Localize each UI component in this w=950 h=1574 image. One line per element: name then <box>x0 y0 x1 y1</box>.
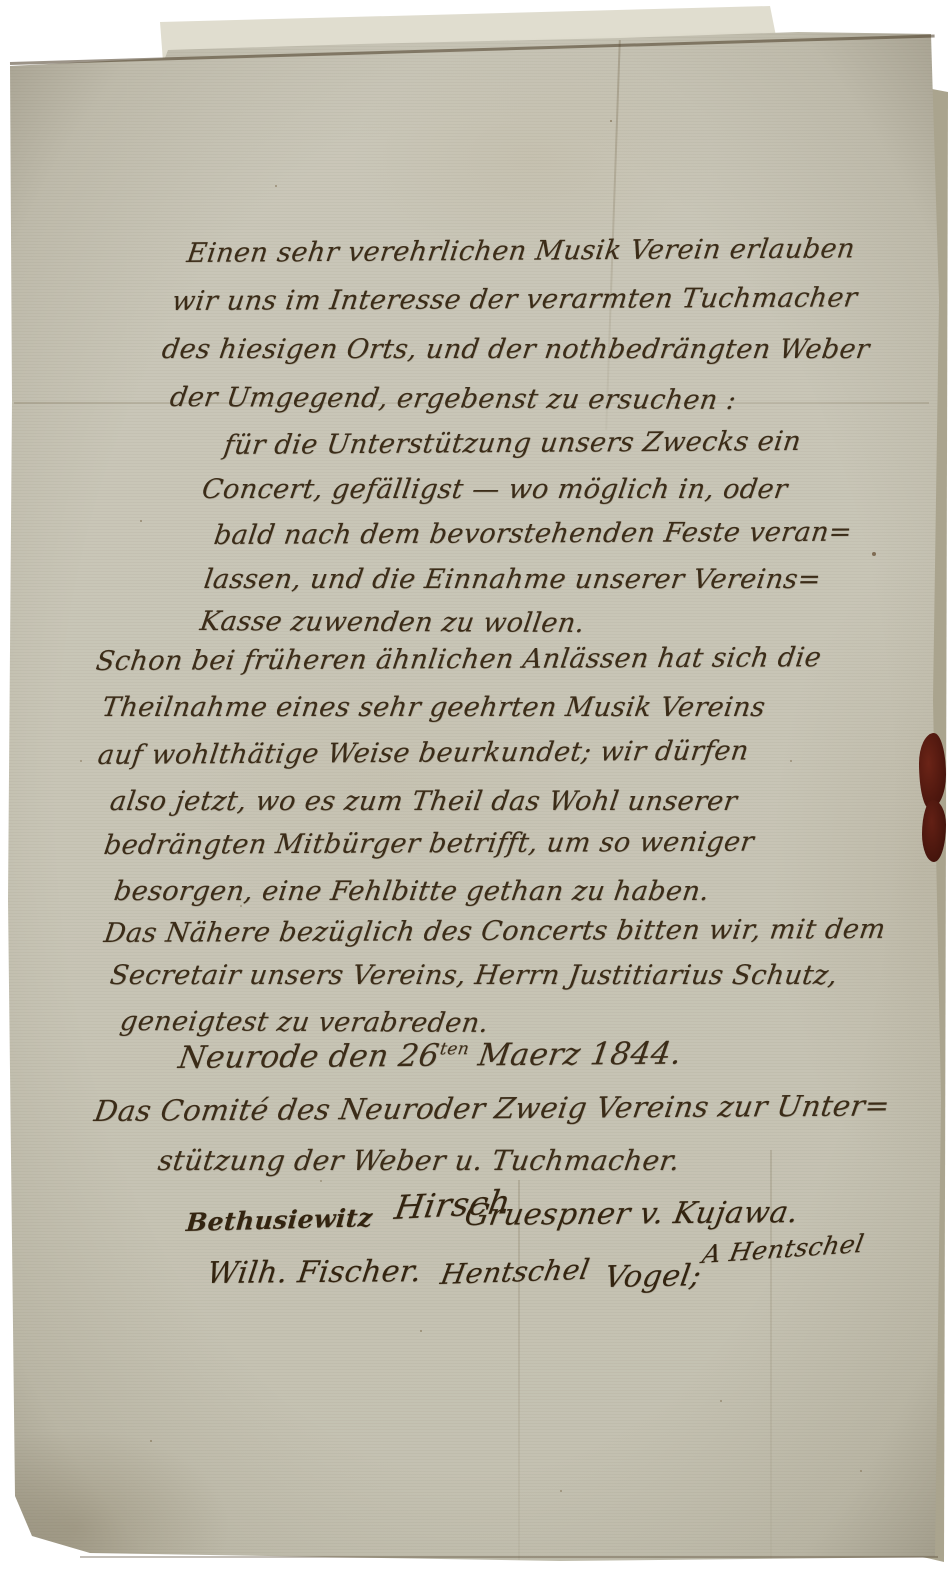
committee-line: stützung der Weber u. Tuchmacher. <box>156 1144 682 1177</box>
manuscript-line: Secretair unsers Vereins, Herrn Justitia… <box>108 960 839 991</box>
dateline: Neurode den 26ten Maerz 1844. <box>176 1036 684 1076</box>
manuscript-line: Concert, gefälligst — wo möglich in, ode… <box>200 474 790 505</box>
scanned-letter-page: Einen sehr verehrlichen Musik Verein erl… <box>0 0 950 1574</box>
manuscript-line: bald nach dem bevorstehenden Feste veran… <box>212 517 854 551</box>
manuscript-line: besorgen, eine Fehlbitte gethan zu haben… <box>112 876 711 907</box>
manuscript-line: Das Nähere bezüglich des Concerts bitten… <box>102 914 887 949</box>
manuscript-line: Schon bei früheren ähnlichen Anlässen ha… <box>94 642 823 677</box>
signature: Wilh. Fischer. <box>205 1254 424 1291</box>
signature: Gruespner v. Kujawa. <box>462 1195 801 1233</box>
manuscript-line: Einen sehr verehrlichen Musik Verein erl… <box>185 233 857 269</box>
manuscript-line: lassen, und die Einnahme unserer Vereins… <box>202 564 823 595</box>
manuscript-line: geneigtest zu verabreden. <box>118 1006 491 1039</box>
manuscript-line: Kasse zuwenden zu wollen. <box>198 606 587 639</box>
committee-line: Das Comité des Neuroder Zweig Vereins zu… <box>92 1088 892 1128</box>
dateline-month-year: Maerz 1844. <box>466 1036 685 1074</box>
signature: Bethusiewitz <box>185 1203 374 1237</box>
signature: Vogel; <box>602 1258 704 1295</box>
manuscript-line: Theilnahme eines sehr geehrten Musik Ver… <box>100 692 767 723</box>
signature: Hentschel <box>438 1253 592 1291</box>
signature: A Hentschel <box>700 1229 866 1269</box>
manuscript-line: auf wohlthätige Weise beurkundet; wir dü… <box>96 735 751 771</box>
manuscript-line: wir uns im Interesse der verarmten Tuchm… <box>170 282 859 317</box>
paper-speckles <box>0 0 2 2</box>
manuscript-line: also jetzt, wo es zum Theil das Wohl uns… <box>108 786 739 817</box>
letter-paper-sheet: Einen sehr verehrlichen Musik Verein erl… <box>0 0 950 1574</box>
manuscript-line: des hiesigen Orts, und der nothbedrängte… <box>160 334 872 365</box>
manuscript-line: der Umgegend, ergebenst zu ersuchen : <box>168 382 738 416</box>
manuscript-line: für die Unterstützung unsers Zwecks ein <box>222 426 803 461</box>
manuscript-line: bedrängten Mitbürger betrifft, um so wen… <box>102 827 756 861</box>
dateline-place-day: Neurode den 26 <box>176 1038 442 1076</box>
fold-crease <box>518 1180 520 1560</box>
dateline-ordinal: ten <box>439 1039 471 1059</box>
